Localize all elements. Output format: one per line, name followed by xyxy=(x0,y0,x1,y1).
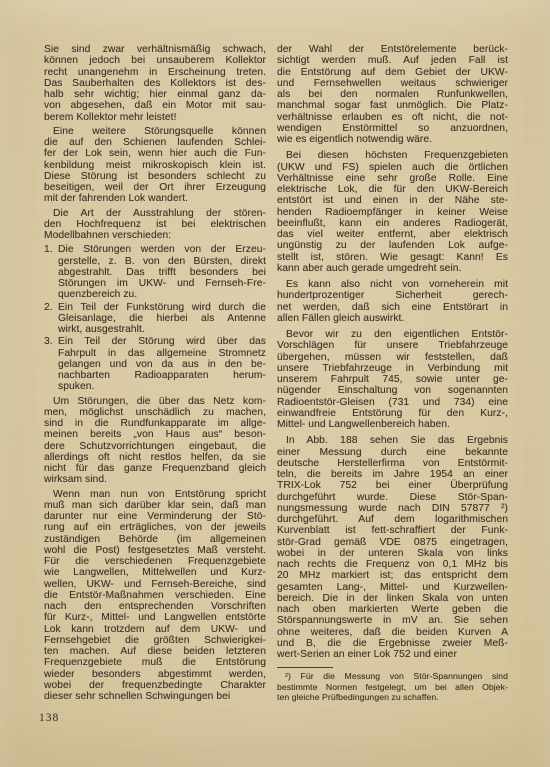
text-line: wendigen Enstörmittel so anzuordnen, xyxy=(277,123,508,134)
text-line: die Entstör-Maßnahmen verschieden. Eine xyxy=(44,590,266,601)
footnote-line: ten gleiche Prüfbedingungen zu schaffen. xyxy=(277,692,508,703)
text-line: ten machen. Auf diese beiden letzteren xyxy=(44,646,266,657)
paragraph: Eine weitere Störungsquelle könnendie au… xyxy=(44,126,266,205)
text-line: net werden, daß sich eine Entstörart in xyxy=(277,302,508,313)
text-line: nach rechts die Frequenz von 0,1 MHz bis xyxy=(277,559,508,570)
text-line: fer der Lok sein, wenn hier auch die Fun… xyxy=(44,148,266,159)
text-line: Die Art der Ausstrahlung der stören- xyxy=(44,208,266,219)
text-line: ohne weiteres, daß die beiden Kurven A xyxy=(277,627,508,638)
text-line: meinen bereits „von Haus aus“ beson- xyxy=(44,429,266,440)
text-line: von abgesehen, daß ein Motor mit sau- xyxy=(44,100,266,111)
text-line: beseitigen, weil der Ort ihrer Erzeugung xyxy=(44,182,266,193)
text-line: Vorschlägen für unsere Triebfahrzeuge xyxy=(277,340,508,351)
list-item-marker: 2. xyxy=(44,302,56,313)
text-line: dieser sehr schnellen Schwingungen bei xyxy=(44,691,266,702)
text-line: und Fernsehwellen weitaus schwieriger xyxy=(277,78,508,89)
scanned-book-page: Sie sind zwar verhältnismäßig schwach,kö… xyxy=(0,0,550,767)
text-line: darunter nur eine Verminderung der Stö- xyxy=(44,511,266,522)
text-line: verhältnisse erlauben es oft nicht, die … xyxy=(277,112,508,123)
text-line: durchgeführt wurde. Diese Stör-Span- xyxy=(277,492,508,503)
text-line: Mittel- und Langwellenbereich haben. xyxy=(277,419,508,430)
text-line: und B, die die Ergebnisse zweier Meß- xyxy=(277,638,508,649)
text-line: recht unangenehm in Erscheinung treten. xyxy=(44,67,266,78)
text-line: gelangen und von da aus in den be- xyxy=(58,359,266,370)
text-line: für Kurz-, Mittel- und Langwellen entstö… xyxy=(44,612,266,623)
text-line: Bevor wir zu den eigentlichen Entstör- xyxy=(277,329,508,340)
text-line: zuständigen Behörde (im allgemeinen xyxy=(44,534,266,545)
footnote-line: ²) Für die Messung von Stör-Spannungen s… xyxy=(277,671,508,682)
text-line: nach den entsprechenden Vorschriften xyxy=(44,601,266,612)
text-line: übergehen, müssen wir feststellen, daß xyxy=(277,352,508,363)
text-line: spuken. xyxy=(58,381,266,392)
footnote: ²) Für die Messung von Stör-Spannungen s… xyxy=(277,667,508,703)
paragraph: In Abb. 188 sehen Sie das Ergebniseiner … xyxy=(277,435,508,660)
paragraph: der Wahl der Entstörelemente berück-sich… xyxy=(277,44,508,145)
text-line: als bei den normalen Runfunkwellen, xyxy=(277,89,508,100)
text-line: nach oben markierten Werte geben die xyxy=(277,604,508,615)
list-item-marker: 1. xyxy=(44,244,56,255)
text-line: sind in die Rundfunkapparate im allge- xyxy=(44,418,266,429)
text-line: wirksam sind. xyxy=(44,474,266,485)
left-text-column: Sie sind zwar verhältnismäßig schwach,kö… xyxy=(44,44,266,702)
text-line: halb sehr wichtig; hier einmal ganz da- xyxy=(44,89,266,100)
paragraph: Wenn man nun von Entstörung sprichtmuß m… xyxy=(44,489,266,703)
text-line: Um Störungen, die über das Netz kom- xyxy=(44,396,266,407)
text-line: stör-Grad gemäß VDE 0875 eingetragen, xyxy=(277,537,508,548)
text-line: Modellbahnen verschieden: xyxy=(44,230,266,241)
text-line: unserem Fahrpult 745, sowie unter ge- xyxy=(277,374,508,385)
text-line: Fernsehgebiet die größten Schwierigkei- xyxy=(44,635,266,646)
text-line: mit der fahrenden Lok wandert. xyxy=(44,193,266,204)
text-line: einer Messung durch eine bekannte xyxy=(277,447,508,458)
text-line: Diese Störung ist besonders schlecht zu xyxy=(44,171,266,182)
text-line: gerstelle, z. B. von den Bürsten, direkt xyxy=(58,256,266,267)
numbered-list-item: 1.Die Störungen werden von der Erzeu-ger… xyxy=(44,244,266,300)
text-line: unsere Triebfahrzeuge in Verbindung mit xyxy=(277,363,508,374)
text-line: elektrische Lok, die für den UKW-Bereich xyxy=(277,184,508,195)
text-line: beeinflußt, kann ein anderes Radiogerät, xyxy=(277,218,508,229)
text-line: Es kann also nicht von vorneherein mit xyxy=(277,279,508,290)
footnote-line: bestimmte Normen festgelegt, um bei alle… xyxy=(277,682,508,693)
text-line: wellen, UKW- und Fernseh-Bereiche, sind xyxy=(44,579,266,590)
paragraph: Bevor wir zu den eigentlichen Entstör-Vo… xyxy=(277,329,508,430)
text-line: die auf den Schienen laufenden Schlei- xyxy=(44,137,266,148)
text-line: henden Radioempfänger in keiner Weise xyxy=(277,207,508,218)
text-line: der Wahl der Entstörelemente berück- xyxy=(277,44,508,55)
text-line: Eine weitere Störungsquelle können xyxy=(44,126,266,137)
text-line: quenzbereich zu. xyxy=(58,289,266,300)
paragraph: Die Art der Ausstrahlung der stören-den … xyxy=(44,208,266,242)
text-line: nachbarten Radioapparaten herum- xyxy=(58,370,266,381)
text-line: allerdings oft nicht restlos helfen, da … xyxy=(44,452,266,463)
text-line: wobei in der unteren Skala von links xyxy=(277,548,508,559)
footnote-divider xyxy=(277,667,333,668)
text-line: Störungen im UKW- und Fernseh-Fre- xyxy=(58,278,266,289)
text-line: nicht für das ganze Frequenzband gleich xyxy=(44,463,266,474)
text-line: kenbildung meist mikroskopisch klein ist… xyxy=(44,160,266,171)
text-line: (UKW und FS) spielen auch die örtlichen xyxy=(277,162,508,173)
right-text-column: der Wahl der Entstörelemente berück-sich… xyxy=(277,44,508,703)
text-line: kann aber auch gerade umgedreht sein. xyxy=(277,263,508,274)
numbered-list-item: 3.Ein Teil der Störung wird über dasFahr… xyxy=(44,336,266,392)
text-line: rung auf ein erträgliches, von der jewei… xyxy=(44,522,266,533)
paragraph: Es kann also nicht von vorneherein mithu… xyxy=(277,279,508,324)
text-line: entstört ist und einen in der Nähe ste- xyxy=(277,195,508,206)
text-line: Die Störungen werden von der Erzeu- xyxy=(58,244,266,255)
text-line: 20 MHz markiert ist; das entspricht dem xyxy=(277,570,508,581)
text-line: Ein Teil der Störung wird über das xyxy=(58,336,266,347)
numbered-list-item: 2.Ein Teil der Funkstörung wird durch di… xyxy=(44,302,266,336)
text-line: Sie sind zwar verhältnismäßig schwach, xyxy=(44,44,266,55)
text-line: Störspannungswerte in mV an. Sie sehen xyxy=(277,615,508,626)
text-line: In Abb. 188 sehen Sie das Ergebnis xyxy=(277,435,508,446)
text-line: ungünstig zu der laufenden Lok aufge- xyxy=(277,240,508,251)
text-line: die Entstörung auf dem Gebiet der UKW- xyxy=(277,67,508,78)
text-line: TRIX-Lok 752 bei einer Überprüfung xyxy=(277,480,508,491)
text-line: können jedoch bei unsauberem Kollektor xyxy=(44,55,266,66)
text-line: bereich. Die in der linken Skala von unt… xyxy=(277,593,508,604)
text-line: einwandfreie Entstörung für den Kurz-, xyxy=(277,408,508,419)
text-line: Bei diesen höchsten Frequenzgebieten xyxy=(277,150,508,161)
text-line: men, möglichst unschädlich zu machen, xyxy=(44,407,266,418)
text-line: wie Langwellen, Mittelwellen und Kurz- xyxy=(44,567,266,578)
text-line: durchgeführt. Auf dem logarithmischen xyxy=(277,514,508,525)
text-line: nungsmessung wurde nach DIN 57877 ²) xyxy=(277,503,508,514)
paragraph: Um Störungen, die über das Netz kom-men,… xyxy=(44,396,266,486)
text-line: Fahrpult in das allgemeine Stromnetz xyxy=(58,348,266,359)
text-line: den Hochfrequenz ist bei elektrischen xyxy=(44,219,266,230)
text-line: deutsche Herstellerfirma von Entstörmit- xyxy=(277,458,508,469)
text-line: allen Fällen gleich auswirkt. xyxy=(277,313,508,324)
text-line: manchmal sogar fast unmöglich. Die Platz… xyxy=(277,100,508,111)
text-line: berem Kollektor mehr leistet! xyxy=(44,112,266,123)
text-line: Ein Teil der Funkstörung wird durch die xyxy=(58,302,266,313)
text-line: Wenn man nun von Entstörung spricht xyxy=(44,489,266,500)
text-line: Das Sauberhalten des Kollektors ist des- xyxy=(44,78,266,89)
text-line: abgestrahlt. Das trifft besonders bei xyxy=(58,267,266,278)
text-line: wobei der frequenzbedingte Charakter xyxy=(44,680,266,691)
text-line: Radioentstör-Gleisen (731 und 734) eine xyxy=(277,397,508,408)
text-line: Kurvenblatt ist fett-schraffiert der Fun… xyxy=(277,525,508,536)
text-line: wohl die Post) festgesetztes Maß versteh… xyxy=(44,545,266,556)
paragraph: Sie sind zwar verhältnismäßig schwach,kö… xyxy=(44,44,266,123)
text-line: nügender Einschaltung von sogenannten xyxy=(277,385,508,396)
text-line: sichtigt werden muß. Auf jeden Fall ist xyxy=(277,55,508,66)
text-line: dere Schutzvorrichtungen eingebaut, die xyxy=(44,441,266,452)
text-line: Gleisanlage, die hierbei als Antenne xyxy=(58,313,266,324)
text-line: Frequenzgebiete muß die Entstörung xyxy=(44,657,266,668)
text-line: hundertprozentiger Sicherheit gerech- xyxy=(277,290,508,301)
text-line: gesamten Lang-, Mittel- und Kurzwellen- xyxy=(277,582,508,593)
paragraph: Bei diesen höchsten Frequenzgebieten(UKW… xyxy=(277,150,508,274)
text-line: wieder besonders abgestimmt werden, xyxy=(44,669,266,680)
text-line: wert-Serien an einer Lok 752 und einer xyxy=(277,649,508,660)
text-line: das viel weiter entfernt, aber elektrisc… xyxy=(277,229,508,240)
text-line: Lok kann trotzdem auf dem UKW- und xyxy=(44,624,266,635)
list-item-marker: 3. xyxy=(44,336,56,347)
text-line: Für die verschiedenen Frequenzgebiete xyxy=(44,556,266,567)
text-line: Verhältnisse eine sehr große Rolle. Eine xyxy=(277,173,508,184)
page-number: 138 xyxy=(39,712,59,724)
text-line: teln, die bereits im Jahre 1954 an einer xyxy=(277,469,508,480)
text-line: muß man sich darüber klar sein, daß man xyxy=(44,500,266,511)
text-line: stellt ist, stören. Wie gesagt: Kann! Es xyxy=(277,252,508,263)
text-line: wie es eigentlich notwendig wäre. xyxy=(277,134,508,145)
text-line: wirkt, ausgestrahlt. xyxy=(58,324,266,335)
